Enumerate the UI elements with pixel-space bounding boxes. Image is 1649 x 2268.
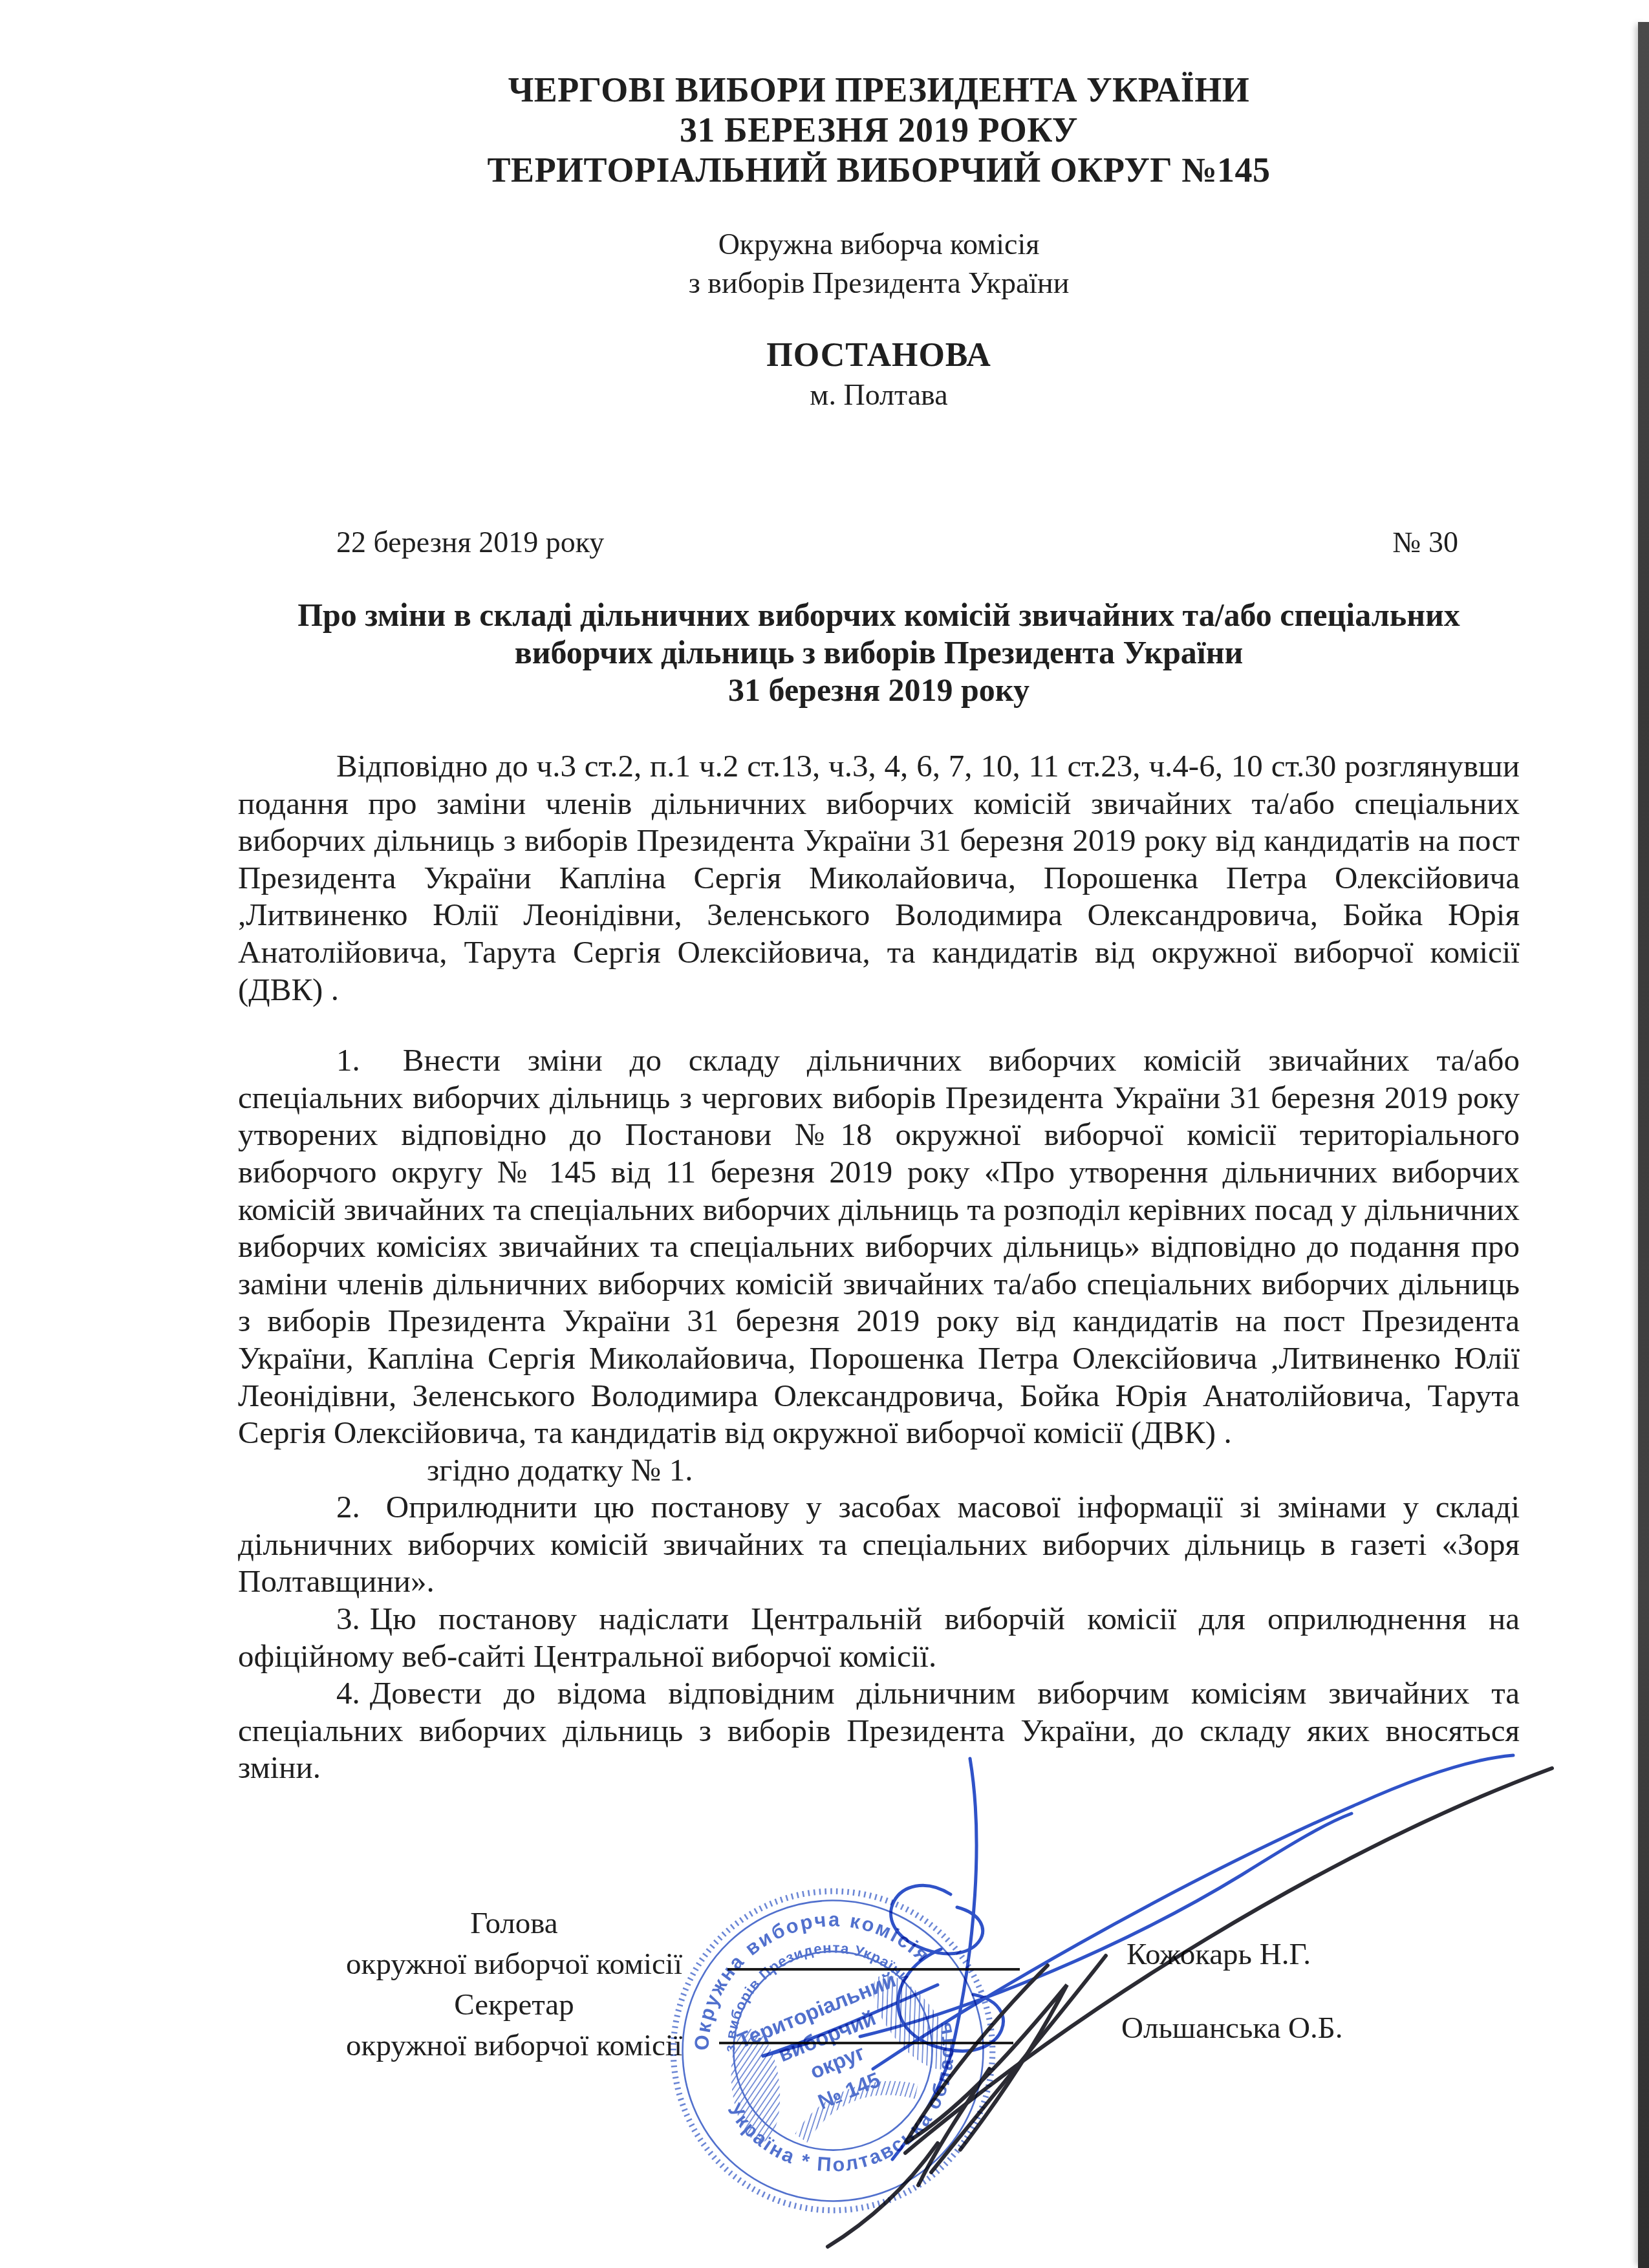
decree-body: Відповідно до ч.3 ст.2, п.1 ч.2 ст.13, ч… <box>238 747 1520 1786</box>
item-2-number: 2. <box>336 1489 360 1524</box>
item-3-paragraph: 3.Цю постанову надіслати Центральній виб… <box>238 1600 1520 1674</box>
scanner-edge-artifact <box>1638 22 1649 2268</box>
item-4-number: 4. <box>336 1675 360 1711</box>
handwritten-signatures <box>711 1733 1584 2263</box>
item-1-paragraph: 1.Внести зміни до складу дільничних вибо… <box>238 1042 1520 1451</box>
intro-paragraph: Відповідно до ч.3 ст.2, п.1 ч.2 ст.13, ч… <box>238 747 1520 1008</box>
item-1-number: 1. <box>336 1042 360 1078</box>
header-line-3: ТЕРИТОРІАЛЬНИЙ ВИБОРЧИЙ ОКРУГ №145 <box>238 150 1520 190</box>
head-role-line-2: окружної виборчої комісії <box>323 1944 705 1985</box>
commission-name-line-2: з виборів Президента України <box>238 264 1520 303</box>
commission-name-line-1: Окружна виборча комісія <box>238 225 1520 264</box>
item-2-text: Оприлюднити цю постанову у засобах масов… <box>238 1489 1520 1599</box>
item-1-text: Внести зміни до складу дільничних виборч… <box>238 1042 1520 1450</box>
secretary-signature-black-ink <box>828 1768 1552 2247</box>
secretary-role-line-2: окружної виборчої комісії <box>323 2026 705 2066</box>
election-header: ЧЕРГОВІ ВИБОРИ ПРЕЗИДЕНТА УКРАЇНИ 31 БЕР… <box>238 70 1520 190</box>
decree-title-line-1: Про зміни в складі дільничних виборчих к… <box>238 596 1520 634</box>
document-type: ПОСТАНОВА <box>238 336 1520 374</box>
header-line-1: ЧЕРГОВІ ВИБОРИ ПРЕЗИДЕНТА УКРАЇНИ <box>238 70 1520 110</box>
secretary-role-label: Секретар окружної виборчої комісії <box>323 1985 705 2066</box>
header-line-2: 31 БЕРЕЗНЯ 2019 РОКУ <box>238 110 1520 150</box>
item-3-number: 3. <box>336 1601 360 1636</box>
annex-reference: згідно додатку № 1. <box>427 1451 1520 1489</box>
decree-number: № 30 <box>1393 525 1458 559</box>
head-role-label: Голова окружної виборчої комісії <box>323 1903 705 1985</box>
secretary-role-line-1: Секретар <box>323 1985 705 2026</box>
document-city: м. Полтава <box>238 378 1520 412</box>
decree-title-line-3: 31 березня 2019 року <box>238 671 1520 709</box>
head-signature-blue-ink <box>763 1755 1513 2159</box>
scanned-decree-page: { "colors":{ "stamp-blue":"#4365c9", "in… <box>0 0 1649 2268</box>
item-2-paragraph: 2.Оприлюднити цю постанову у засобах мас… <box>238 1488 1520 1600</box>
head-role-line-1: Голова <box>323 1903 705 1944</box>
item-3-text: Цю постанову надіслати Центральній вибор… <box>238 1601 1520 1674</box>
decree-title: Про зміни в складі дільничних виборчих к… <box>238 596 1520 709</box>
commission-name: Окружна виборча комісія з виборів Презид… <box>238 225 1520 303</box>
decree-date: 22 березня 2019 року <box>336 525 604 559</box>
decree-title-line-2: виборчих дільниць з виборів Президента У… <box>238 634 1520 671</box>
